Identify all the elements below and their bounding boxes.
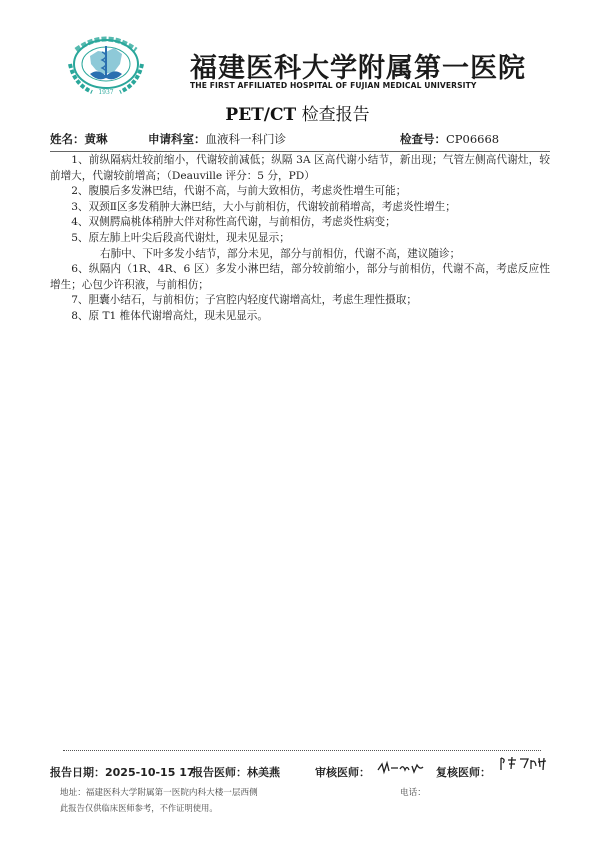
finding-item-sub: 右肺中、下叶多发小结节，部分未见，部分与前相仿，代谢不高，建议随诊； (50, 247, 550, 263)
finding-item: 4、双侧腭扁桃体稍肿大伴对称性高代谢，与前相仿，考虑炎性病变； (50, 215, 550, 231)
report-doctor-label: 报告医师： (192, 766, 247, 779)
signature-row: 报告日期：2025-10-15 17 报告医师：林美燕 审核医师： 复核医师： (50, 764, 570, 784)
findings-section: 1、前纵隔病灶较前缩小，代谢较前减低；纵隔 3A 区高代谢小结节，新出现；气管左… (50, 153, 550, 325)
header-divider (50, 151, 550, 152)
report-title: PET/CT 检查报告 (0, 100, 595, 125)
finding-item: 1、前纵隔病灶较前缩小，代谢较前减低；纵隔 3A 区高代谢小结节，新出现；气管左… (50, 153, 550, 184)
phone-label: 电话： (400, 786, 426, 798)
finding-item: 7、胆囊小结石，与前相仿；子宫腔内轻度代谢增高灶，考虑生理性摄取； (50, 293, 550, 309)
patient-name-value: 黄琳 (85, 132, 108, 146)
hospital-name-en: THE FIRST AFFILIATED HOSPITAL OF FUJIAN … (190, 81, 477, 90)
reviewer-signature-icon (376, 760, 426, 779)
svg-text:1937: 1937 (98, 89, 113, 96)
hospital-address: 地址：福建医科大学附属第一医院内科大楼一层西侧 (60, 786, 258, 798)
report-header: 1937 福建医科大学附属第一医院 THE FIRST AFFILIATED H… (62, 32, 542, 102)
finding-item: 6、纵隔内（1R、4R、6 区）多发小淋巴结，部分较前缩小，部分与前相仿，代谢不… (50, 262, 550, 293)
hospital-emblem-icon: 1937 (62, 34, 150, 100)
exam-number: 检查号：CP06668 (400, 131, 499, 147)
rechecker-label: 复核医师： (436, 764, 491, 780)
report-title-cn: 检查报告 (296, 105, 369, 125)
finding-item: 2、腹膜后多发淋巴结，代谢不高，与前大致相仿，考虑炎性增生可能； (50, 184, 550, 200)
report-date-value: 2025-10-15 17 (105, 766, 195, 779)
dept-value: 血液科一科门诊 (206, 132, 287, 146)
exam-no-value: CP06668 (446, 132, 499, 146)
report-title-latin: PET/CT (225, 105, 296, 125)
footer-divider (63, 750, 541, 751)
report-doctor: 报告医师：林美燕 (192, 764, 280, 780)
dept-label: 申请科室： (148, 132, 206, 146)
rechecker-signature-icon (498, 754, 550, 777)
reviewer-label: 审核医师： (315, 764, 370, 780)
hospital-name-cn: 福建医科大学附属第一医院 (190, 46, 526, 85)
disclaimer: 此报告仅供临床医师参考，不作证明使用。 (60, 802, 218, 814)
exam-no-label: 检查号： (400, 132, 446, 146)
report-doctor-value: 林美燕 (247, 766, 280, 779)
requesting-dept: 申请科室：血液科一科门诊 (148, 131, 286, 147)
finding-item: 3、双颈Ⅱ区多发稍肿大淋巴结，大小与前相仿，代谢较前稍增高，考虑炎性增生； (50, 200, 550, 216)
patient-info-row: 姓名：黄琳 申请科室：血液科一科门诊 检查号：CP06668 (50, 131, 550, 149)
patient-name: 姓名：黄琳 (50, 131, 108, 147)
report-date-label: 报告日期： (50, 766, 105, 779)
finding-item: 5、原左肺上叶尖后段高代谢灶，现未见显示； (50, 231, 550, 247)
finding-item: 8、原 T1 椎体代谢增高灶，现未见显示。 (50, 309, 550, 325)
report-date: 报告日期：2025-10-15 17 (50, 764, 195, 780)
patient-name-label: 姓名： (50, 132, 85, 146)
